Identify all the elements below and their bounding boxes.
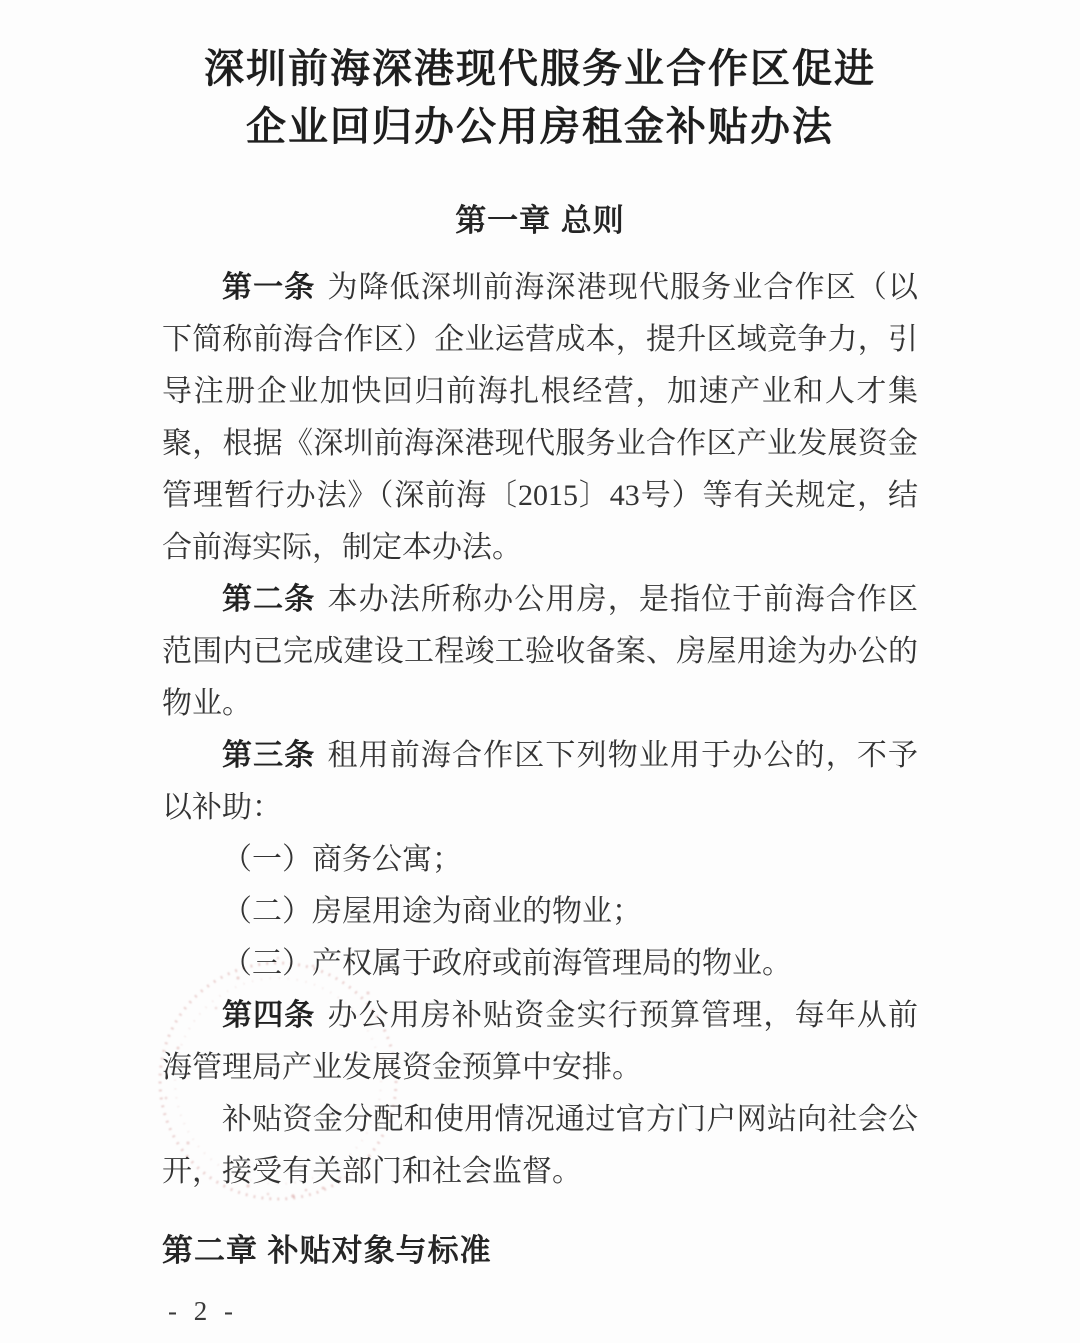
list-item-paragraph: （一）商务公寓；: [162, 834, 918, 886]
article-label: 第二条: [222, 583, 315, 616]
article-label: 第三条: [222, 739, 315, 772]
document-page: 深圳前海深港现代服务业合作区促进 企业回归办公用房租金补贴办法 第一章 总则 第…: [0, 0, 1080, 1343]
list-item-text: （二）房屋用途为商业的物业；: [222, 895, 642, 928]
article-paragraph: 第二条本办法所称办公用房，是指位于前海合作区范围内已完成建设工程竣工验收备案、房…: [162, 574, 918, 730]
page-number: - 2 -: [168, 1296, 238, 1327]
chapter-two-heading: 第二章 补贴对象与标准: [162, 1232, 918, 1270]
article-paragraph: 第三条租用前海合作区下列物业用于办公的，不予以补助：: [162, 730, 918, 834]
article-paragraph: 第一条为降低深圳前海深港现代服务业合作区（以下简称前海合作区）企业运营成本，提升…: [162, 262, 918, 574]
list-item-text: （一）商务公寓；: [222, 843, 462, 876]
article-label: 第一条: [222, 271, 315, 304]
chapter-one-heading: 第一章 总则: [0, 202, 1080, 240]
list-item-paragraph: （二）房屋用途为商业的物业；: [162, 886, 918, 938]
document-body: 第一条为降低深圳前海深港现代服务业合作区（以下简称前海合作区）企业运营成本，提升…: [162, 262, 918, 1270]
document-title-line2: 企业回归办公用房租金补贴办法: [0, 98, 1080, 156]
article-paragraph: 补贴资金分配和使用情况通过官方门户网站向社会公开，接受有关部门和社会监督。: [162, 1094, 918, 1198]
list-item-text: （三）产权属于政府或前海管理局的物业。: [222, 947, 792, 980]
article-label: 第四条: [222, 999, 315, 1032]
article-text: 补贴资金分配和使用情况通过官方门户网站向社会公开，接受有关部门和社会监督。: [162, 1103, 918, 1188]
article-paragraph: 第四条办公用房补贴资金实行预算管理，每年从前海管理局产业发展资金预算中安排。: [162, 990, 918, 1094]
list-item-paragraph: （三）产权属于政府或前海管理局的物业。: [162, 938, 918, 990]
document-title-line1: 深圳前海深港现代服务业合作区促进: [0, 40, 1080, 98]
article-text: 为降低深圳前海深港现代服务业合作区（以下简称前海合作区）企业运营成本，提升区域竞…: [162, 271, 918, 564]
document-title: 深圳前海深港现代服务业合作区促进 企业回归办公用房租金补贴办法: [0, 40, 1080, 156]
